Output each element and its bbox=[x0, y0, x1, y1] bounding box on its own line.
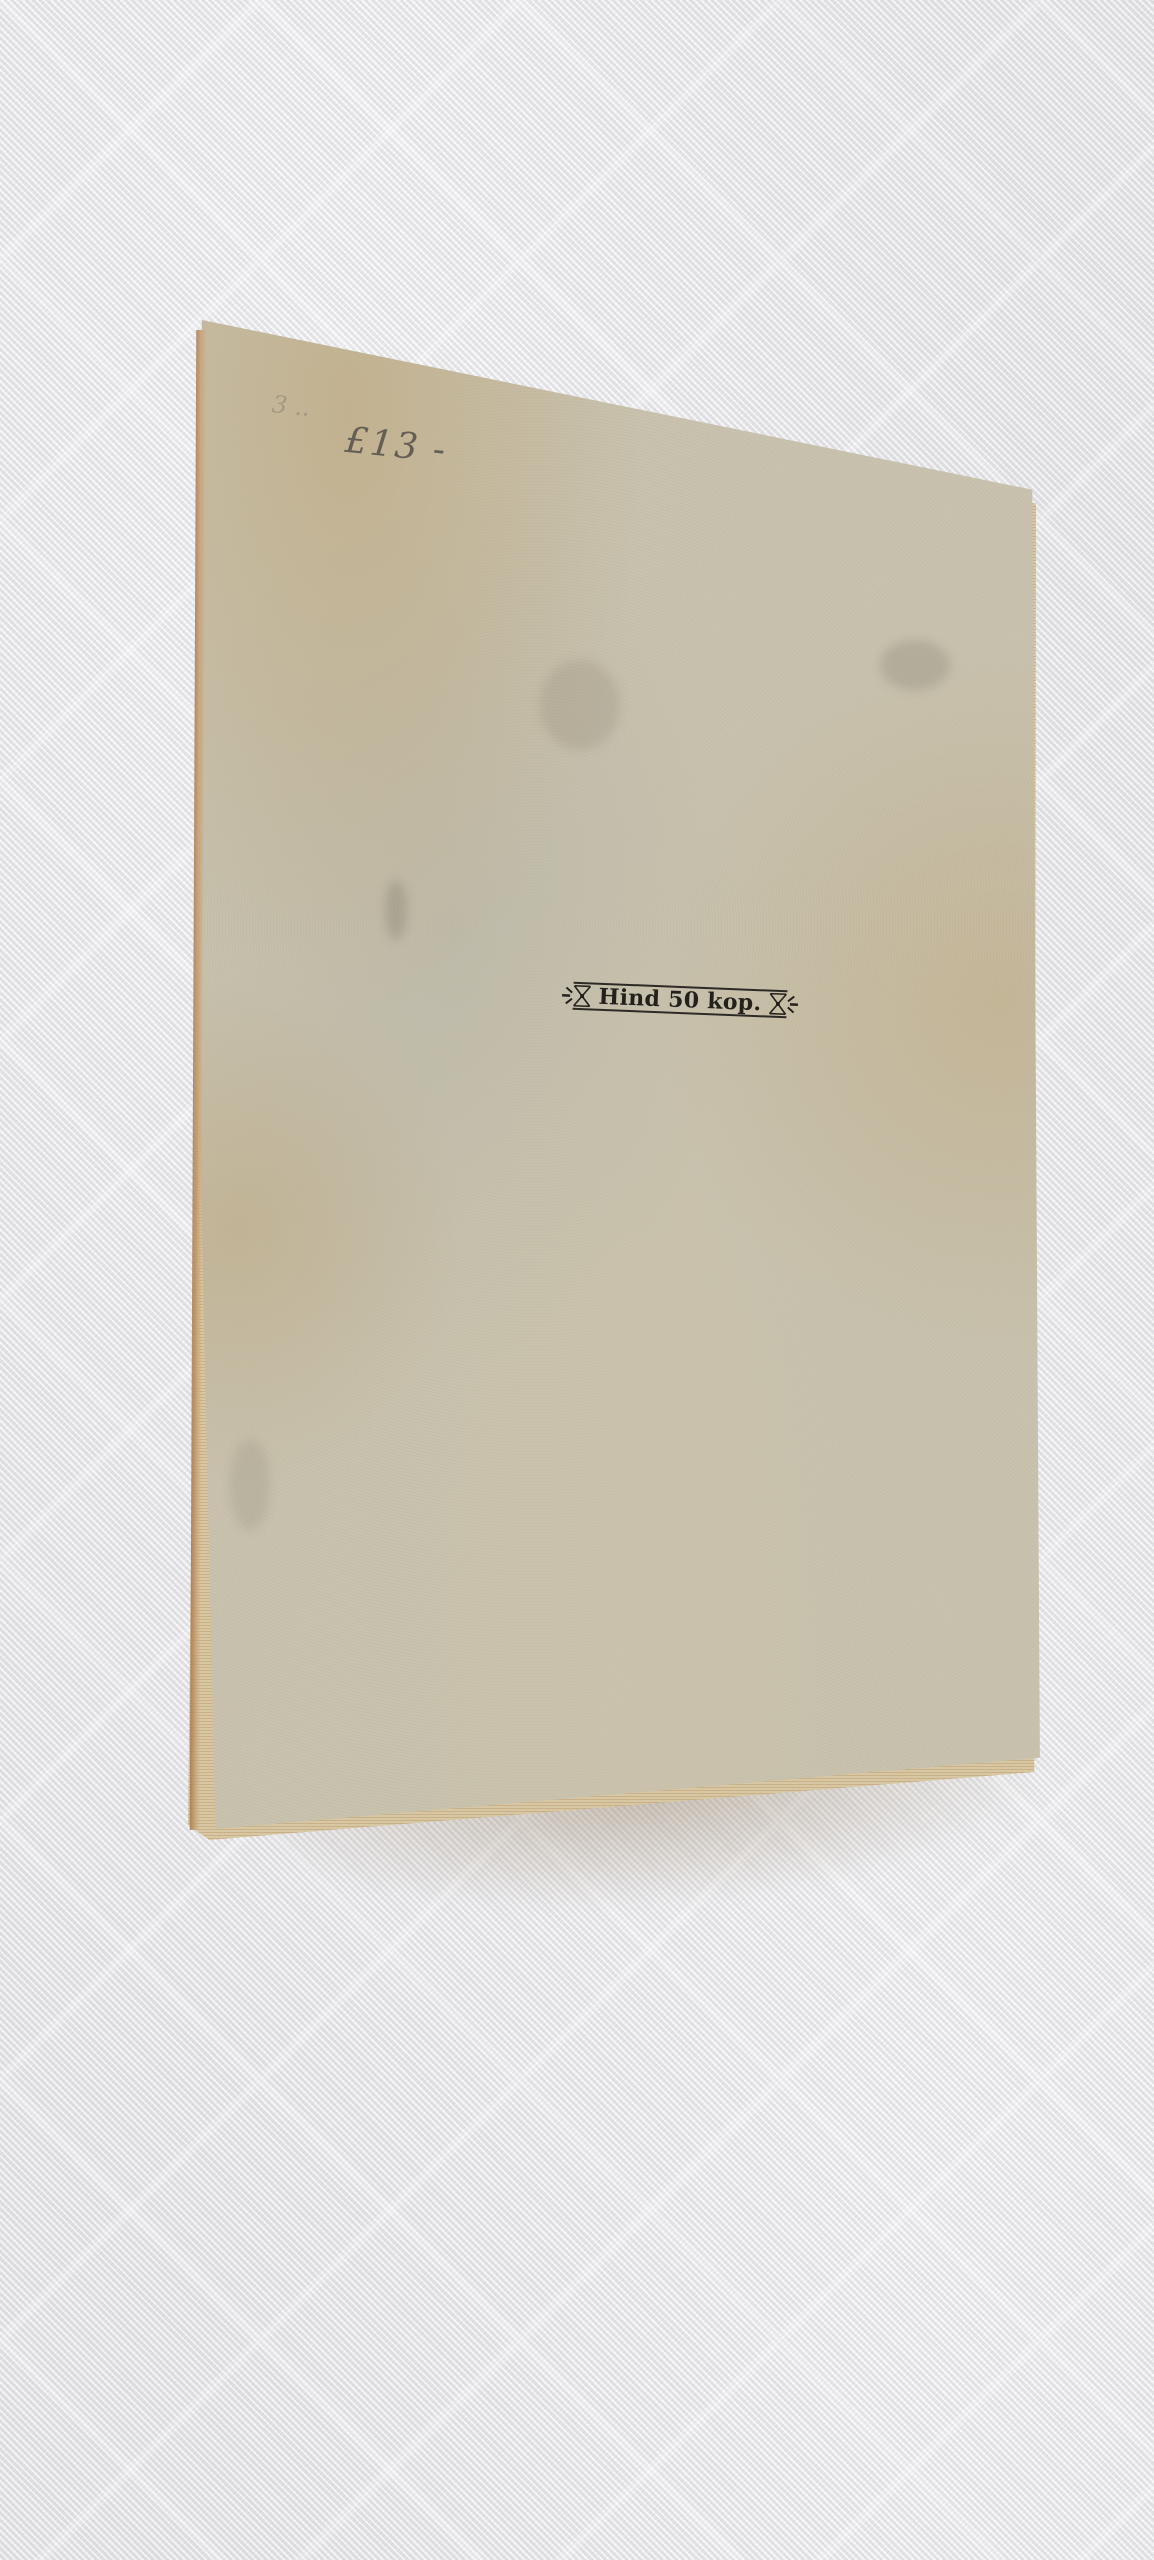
ornament-right-icon bbox=[767, 990, 800, 1019]
foxing-stain bbox=[385, 880, 407, 940]
book-back-cover bbox=[195, 320, 1045, 1835]
foxing-stain bbox=[540, 660, 620, 750]
foxing-stain bbox=[880, 640, 950, 690]
faint-pencil-marks: 3 .. bbox=[271, 390, 312, 422]
ornament-left-icon bbox=[560, 981, 593, 1010]
foxing-stain bbox=[230, 1440, 270, 1530]
